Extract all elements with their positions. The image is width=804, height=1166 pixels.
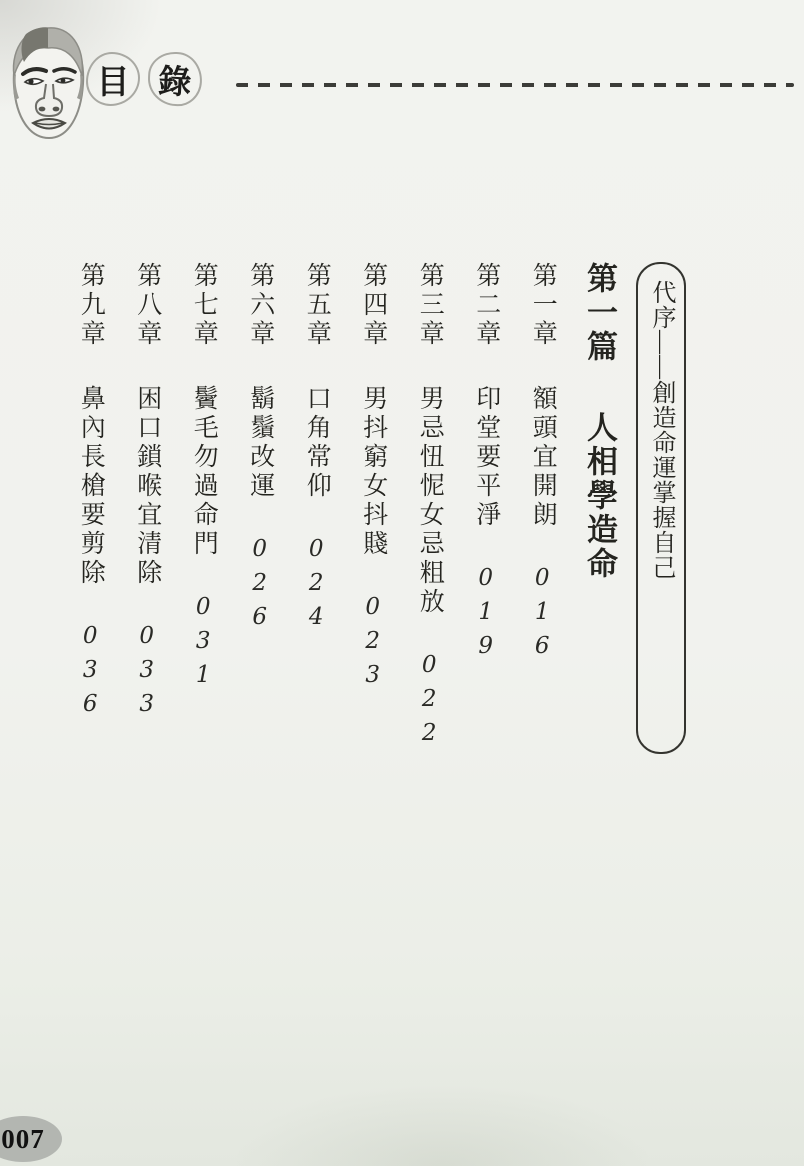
- toc-entry-chapter: 第五章 口角常仰 024: [302, 262, 332, 754]
- page-number: 007: [1, 1124, 45, 1155]
- chapter-page-number: 036: [77, 623, 103, 725]
- part-title: 人相學造命: [582, 411, 617, 581]
- chapter-page-number: 033: [134, 623, 160, 725]
- chapter-label: 第八章: [134, 262, 161, 349]
- toc-entry-chapter: 第九章 鼻內長槍要剪除 036: [76, 262, 106, 754]
- chapter-title: 困口鎖喉宜清除: [134, 385, 161, 588]
- chapter-label: 第六章: [247, 262, 274, 349]
- toc-entry-chapter: 第二章 印堂要平淨 019: [471, 262, 501, 754]
- chapter-title: 鬢毛勿過命門: [190, 385, 217, 559]
- chapter-title: 鬍鬚改運: [247, 385, 274, 501]
- chapter-page-number: 024: [303, 536, 329, 638]
- chapter-title: 印堂要平淨: [473, 385, 500, 530]
- toc-entry-preface: 代序——創造命運掌握自己: [636, 262, 686, 754]
- toc-body: 代序——創造命運掌握自己 第一篇 人相學造命 第一章 額頭宜開朗 016 第二章…: [49, 262, 686, 754]
- chapter-title: 口角常仰: [303, 385, 330, 501]
- chapter-page-number: 026: [247, 536, 273, 638]
- chapter-label: 第七章: [190, 262, 217, 349]
- page-number-badge: 007: [0, 1116, 62, 1162]
- chapter-title: 額頭宜開朗: [529, 385, 556, 530]
- chapter-title: 鼻內長槍要剪除: [77, 385, 104, 588]
- page-title: 目 錄: [86, 52, 202, 106]
- chapter-page-number: 022: [416, 652, 442, 754]
- chapter-label: 第九章: [77, 262, 104, 349]
- toc-title-char: 目: [86, 52, 140, 106]
- part-label: 第一篇: [582, 262, 617, 364]
- chapter-label: 第三章: [416, 262, 443, 349]
- chapter-label: 第一章: [529, 262, 556, 349]
- toc-entry-chapter: 第七章 鬢毛勿過命門 031: [189, 262, 219, 754]
- chapter-label: 第二章: [473, 262, 500, 349]
- chapter-label: 第五章: [303, 262, 330, 349]
- toc-entry-chapter: 第一章 額頭宜開朗 016: [528, 262, 558, 754]
- toc-entry-chapter: 第八章 困口鎖喉宜清除 033: [132, 262, 162, 754]
- chapter-label: 第四章: [360, 262, 387, 349]
- toc-entry-chapter: 第四章 男抖窮女抖賤 023: [358, 262, 388, 754]
- toc-entry-chapter: 第六章 鬍鬚改運 026: [245, 262, 275, 754]
- chapter-page-number: 031: [190, 594, 216, 696]
- toc-part-heading: 第一篇 人相學造命: [579, 262, 618, 754]
- book-page: 目 錄 代序——創造命運掌握自己 第一篇 人相學造命 第一章 額頭宜開朗 016…: [0, 0, 804, 1166]
- chapter-page-number: 019: [473, 565, 499, 667]
- decorative-dashed-line: [236, 83, 794, 87]
- toc-entry-chapter: 第三章 男忌忸怩女忌粗放 022: [415, 262, 445, 754]
- chapter-title: 男忌忸怩女忌粗放: [416, 385, 443, 617]
- chapter-title: 男抖窮女抖賤: [360, 385, 387, 559]
- chapter-page-number: 023: [360, 594, 386, 696]
- preface-label: 代序——創造命運掌握自己: [648, 280, 674, 580]
- toc-title-char: 錄: [147, 51, 204, 108]
- face-illustration-icon: [2, 22, 94, 146]
- chapter-page-number: 016: [529, 565, 555, 667]
